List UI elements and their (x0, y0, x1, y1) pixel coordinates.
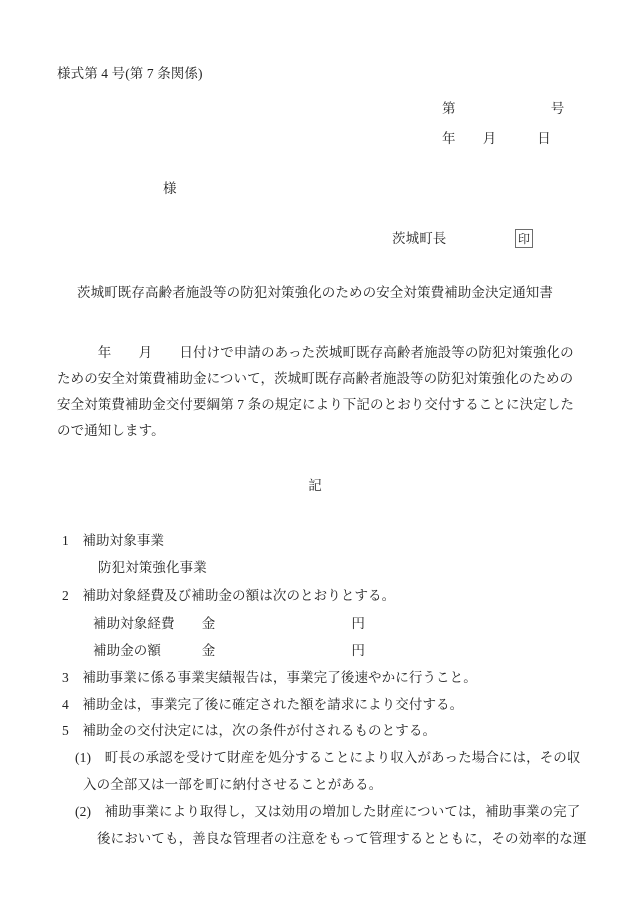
list-item-2-expense-line: 補助対象経費 金 円 (93, 616, 365, 632)
list-item-2-amount-line: 補助金の額 金 円 (93, 643, 365, 659)
condition-1-line-1: (1) 町長の承認を受けて財産を処分することにより収入があった場合には，その収 (75, 750, 581, 766)
date-line: 年 月 日 (442, 131, 551, 147)
list-item-3: 3 補助事業に係る事業実績報告は，事業完了後速やかに行うこと。 (62, 670, 477, 686)
recipient-suffix: 様 (163, 181, 177, 197)
document-page: 様式第 4 号(第 7 条関係) 第 号 年 月 日 様 茨城町長 印 茨城町既… (0, 0, 630, 915)
list-item-4: 4 補助金は，事業完了後に確定された額を請求により交付する。 (62, 697, 463, 713)
document-number-line: 第 号 (442, 101, 564, 117)
body-paragraph-line: 安全対策費補助金交付要綱第 7 条の規定により下記のとおり交付することに決定した (57, 397, 574, 413)
condition-1-line-2: 入の全部又は一部を町に納付させることがある。 (83, 777, 382, 793)
body-paragraph-line: 年 月 日付けで申請のあった茨城町既存高齢者施設等の防犯対策強化の (57, 345, 574, 361)
document-title: 茨城町既存高齢者施設等の防犯対策強化のための安全対策費補助金決定通知書 (0, 285, 630, 301)
list-item-1: 1 補助対象事業 (62, 533, 164, 549)
issuer-name: 茨城町長 (392, 231, 446, 247)
list-item-2: 2 補助対象経費及び補助金の額は次のとおりとする。 (62, 588, 395, 604)
form-label: 様式第 4 号(第 7 条関係) (57, 66, 203, 82)
body-paragraph-line: ための安全対策費補助金について，茨城町既存高齢者施設等の防犯対策強化のための (57, 371, 573, 387)
seal-stamp: 印 (515, 229, 533, 248)
list-item-1-detail: 防犯対策強化事業 (98, 560, 207, 576)
body-paragraph-line: ので通知します。 (57, 423, 165, 439)
list-item-5: 5 補助金の交付決定には，次の条件が付されるものとする。 (62, 723, 436, 739)
condition-2-line-1: (2) 補助事業により取得し，又は効用の増加した財産については，補助事業の完了 (75, 804, 580, 820)
condition-2-line-2: 後においても，善良な管理者の注意をもって管理するとともに，その効率的な運 (97, 831, 587, 847)
record-marker: 記 (0, 478, 630, 494)
